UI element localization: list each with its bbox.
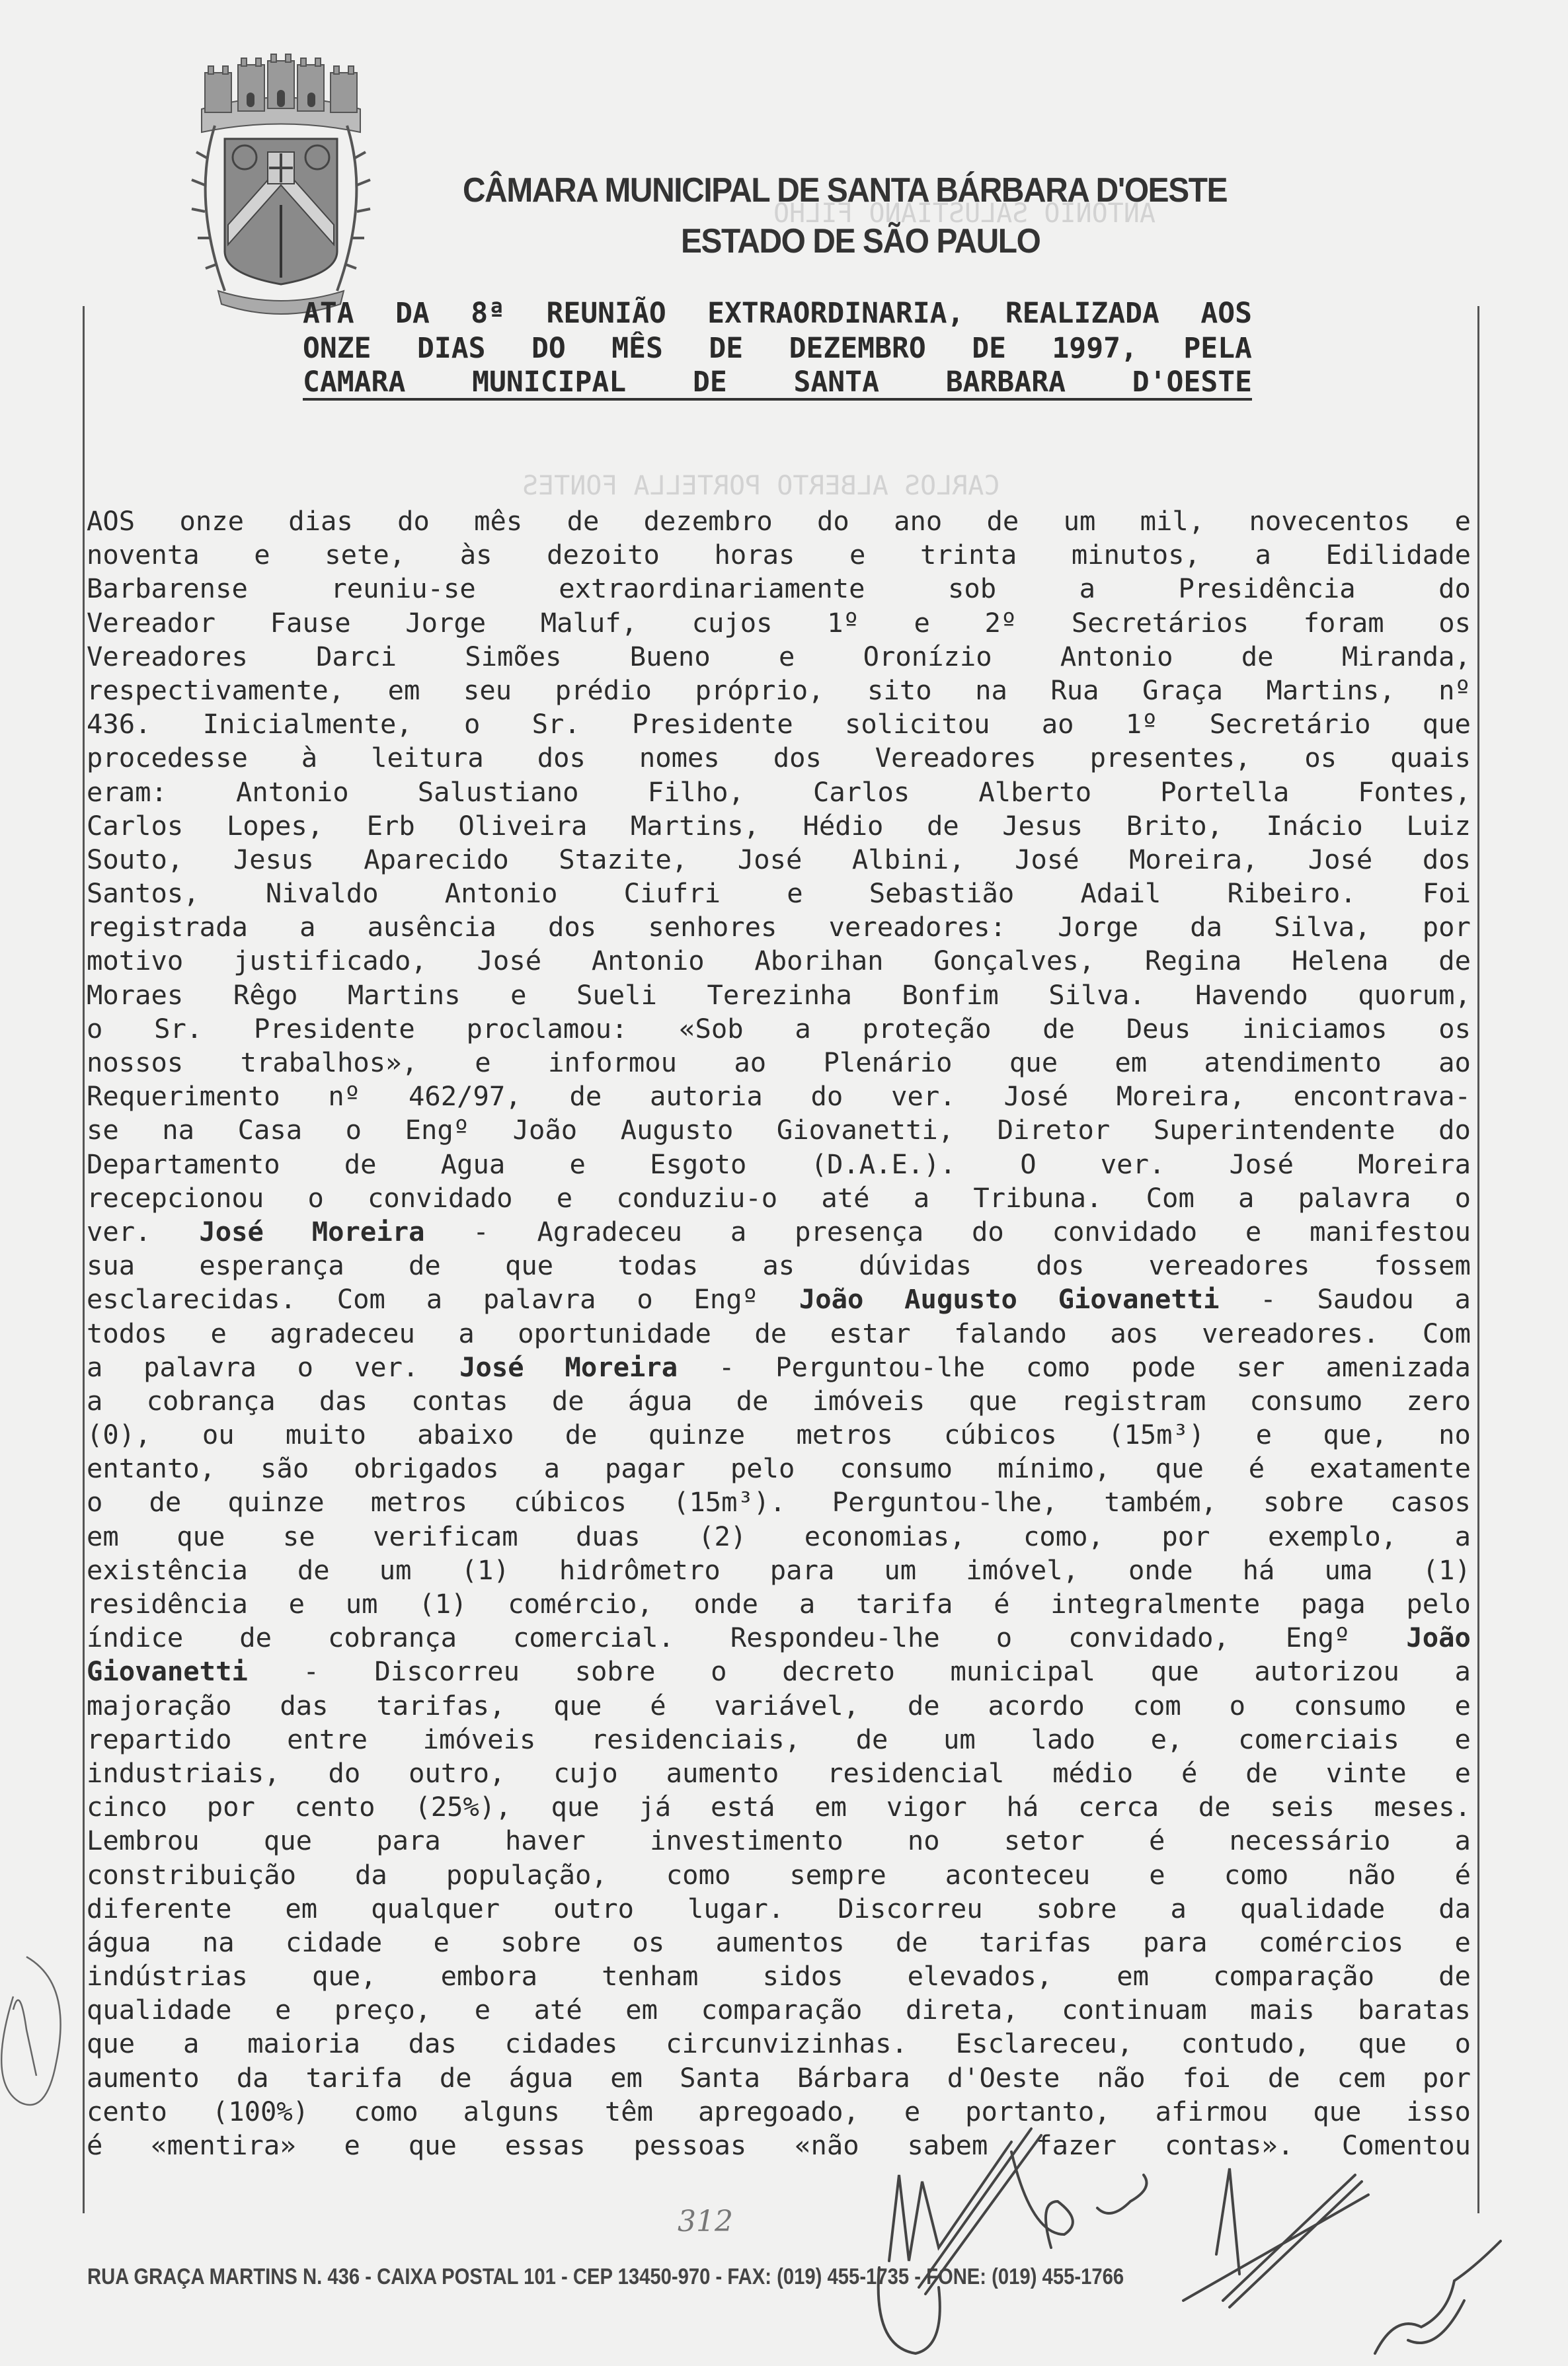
word: para xyxy=(770,1554,835,1587)
title-word: ATA xyxy=(303,296,354,331)
word: de xyxy=(987,504,1019,538)
minutes-body: AOSonzediasdomêsdedezembrodoanodeummil,n… xyxy=(87,504,1471,2162)
word: abaixo xyxy=(417,1418,514,1452)
word: de xyxy=(1245,1756,1278,1790)
word: que xyxy=(264,1824,312,1858)
title-word: DE xyxy=(693,366,727,398)
word: ver. xyxy=(354,1351,419,1384)
word: prédio xyxy=(555,674,652,707)
word: de xyxy=(1198,1790,1231,1824)
word: minutos, xyxy=(1072,538,1200,572)
word: se xyxy=(87,1113,119,1147)
word: vereadores. xyxy=(1202,1317,1379,1351)
word: palavra xyxy=(1298,1181,1411,1215)
title-word: REUNIÃO xyxy=(547,296,666,331)
word: comparação xyxy=(1213,1959,1374,1993)
word: Santos, xyxy=(87,877,200,910)
word: Carlos xyxy=(813,775,910,809)
word: Secretário xyxy=(1210,707,1371,741)
word: Bueno xyxy=(630,640,711,674)
title-line: ONZEDIASDOMÊSDEDEZEMBRODE1997,PELA xyxy=(303,331,1252,366)
word: O xyxy=(1020,1148,1036,1181)
word: casos xyxy=(1390,1485,1471,1519)
word: afirmou xyxy=(1156,2095,1269,2129)
word: que xyxy=(1009,1046,1058,1080)
letterhead-footer-address: RUA GRAÇA MARTINS N. 436 - CAIXA POSTAL … xyxy=(87,2264,1124,2290)
word: na xyxy=(202,1926,235,1959)
word: da xyxy=(355,1858,387,1892)
word: a xyxy=(914,1181,929,1215)
word: os xyxy=(1304,741,1337,775)
word: as xyxy=(762,1249,795,1282)
word: uma xyxy=(1325,1554,1373,1587)
word: (1) xyxy=(1423,1554,1471,1587)
word: vigor xyxy=(886,1790,967,1824)
word: Bonfim xyxy=(902,978,998,1012)
word: convidado xyxy=(368,1181,512,1215)
word: direta, xyxy=(906,1993,1019,2027)
word: cidades xyxy=(505,2027,618,2061)
word: em xyxy=(1117,1959,1149,1993)
word: entre xyxy=(287,1723,368,1756)
text-line: acobrançadascontasdeáguadeimóveisqueregi… xyxy=(87,1384,1471,1418)
title-word: D'OESTE xyxy=(1132,366,1252,398)
word: Augusto xyxy=(904,1282,1017,1316)
title-word: REALIZADA xyxy=(1005,296,1159,331)
word: registram xyxy=(1061,1384,1206,1418)
word: atendimento xyxy=(1204,1046,1382,1080)
word: por xyxy=(1423,910,1471,944)
word: e xyxy=(344,2129,360,2162)
text-line: procedesseàleituradosnomesdosVereadoresp… xyxy=(87,741,1471,775)
word: foi xyxy=(1183,2061,1231,2095)
word: quorum, xyxy=(1358,978,1471,1012)
word: (2) xyxy=(698,1520,746,1554)
word: Ciufri xyxy=(624,877,721,910)
word: ao xyxy=(1042,707,1074,741)
word: fazer xyxy=(1036,2129,1117,2162)
word: cento xyxy=(87,2095,167,2129)
word: aconteceu xyxy=(945,1858,1090,1892)
text-line: eram:AntonioSalustianoFilho,CarlosAlbert… xyxy=(87,775,1471,809)
word: comercial. xyxy=(513,1621,674,1655)
word: preço, xyxy=(334,1993,431,2027)
word: do xyxy=(1438,1113,1471,1147)
word: imóveis xyxy=(423,1723,536,1756)
text-line: cincoporcento(25%),quejáestáemvigorhácer… xyxy=(87,1790,1471,1824)
word: tenham xyxy=(602,1959,698,1993)
word: mês xyxy=(474,504,522,538)
word: é xyxy=(1149,1824,1165,1858)
word: ou xyxy=(202,1418,235,1452)
word: cerca xyxy=(1078,1790,1159,1824)
word: por xyxy=(1161,1520,1210,1554)
text-line: constribuiçãodapopulação,comosempreacont… xyxy=(87,1858,1471,1892)
word: Giovanetti xyxy=(87,1655,248,1688)
word: mais xyxy=(1250,1993,1315,2027)
word: em xyxy=(388,674,420,707)
word: a xyxy=(1455,1655,1471,1688)
title-line: CAMARAMUNICIPALDESANTABARBARAD'OESTE xyxy=(303,366,1252,401)
word: a xyxy=(87,1351,102,1384)
word: dezoito xyxy=(547,538,660,572)
word: Rêgo xyxy=(233,978,298,1012)
word: Simões xyxy=(465,640,561,674)
word: seu xyxy=(463,674,512,707)
word: Moreira xyxy=(312,1215,425,1249)
word: também, xyxy=(1104,1485,1217,1519)
word: o xyxy=(87,1485,102,1519)
word: Engº xyxy=(405,1113,470,1147)
word: manifestou xyxy=(1310,1215,1471,1249)
text-line: motivojustificado,JoséAntonioAborihanGon… xyxy=(87,944,1471,978)
word: que xyxy=(409,2129,457,2162)
word: pode xyxy=(1131,1351,1196,1384)
word: já xyxy=(639,1790,671,1824)
word: trinta xyxy=(920,538,1017,572)
word: com xyxy=(1133,1689,1181,1723)
word: Terezinha xyxy=(707,978,851,1012)
word: o xyxy=(346,1113,362,1147)
word: comércios xyxy=(1259,1926,1403,1959)
word: médio xyxy=(1052,1756,1133,1790)
word: do xyxy=(1438,572,1471,606)
word: Havendo xyxy=(1195,978,1308,1012)
word: majoração xyxy=(87,1689,231,1723)
word: quinze xyxy=(227,1485,324,1519)
word: Agua xyxy=(441,1148,506,1181)
word: Diretor xyxy=(998,1113,1111,1147)
word: encontrava- xyxy=(1294,1080,1471,1113)
word: Erb xyxy=(367,809,415,843)
word: Adail xyxy=(1080,877,1161,910)
word: Foi xyxy=(1423,877,1471,910)
word: de xyxy=(1268,2061,1300,2095)
word: à xyxy=(301,741,317,775)
word: 462/97, xyxy=(409,1080,522,1113)
word: João xyxy=(1406,1621,1471,1655)
word: por xyxy=(207,1790,255,1824)
word: cinco xyxy=(87,1790,167,1824)
bleed-through-text: ANTONIO SALUSTIANO FILHO xyxy=(773,198,1156,229)
word: Vereador xyxy=(87,606,216,640)
word: a xyxy=(1079,572,1095,606)
word: que xyxy=(1151,1655,1199,1688)
word: e, xyxy=(1151,1723,1183,1756)
word: outro, xyxy=(409,1756,505,1790)
word: (15m³) xyxy=(1108,1418,1204,1452)
word: mil, xyxy=(1140,504,1205,538)
text-line: residênciaeum(1)comércio,ondeatarifaéint… xyxy=(87,1587,1471,1621)
word: acordo xyxy=(988,1689,1084,1723)
word: oportunidade xyxy=(518,1317,711,1351)
word: ano xyxy=(894,504,942,538)
word: são xyxy=(260,1452,309,1485)
word: onde xyxy=(694,1587,759,1621)
text-line: nossostrabalhos»,einformouaoPlenárioquee… xyxy=(87,1046,1471,1080)
word: ser xyxy=(1237,1351,1285,1384)
text-line: recepcionouoconvidadoeconduziu-oatéaTrib… xyxy=(87,1181,1471,1215)
word: há xyxy=(1243,1554,1275,1587)
word: isso xyxy=(1406,2095,1471,2129)
word: Silva. xyxy=(1048,978,1145,1012)
word: a xyxy=(730,1215,746,1249)
word: qualquer xyxy=(371,1892,500,1926)
word: um xyxy=(346,1587,378,1621)
word: hidrômetro xyxy=(559,1554,721,1587)
word: duas xyxy=(576,1520,641,1554)
text-line: industriais,dooutro,cujoaumentoresidenci… xyxy=(87,1756,1471,1790)
word: 436. xyxy=(87,707,151,741)
word: aumentos xyxy=(716,1926,845,1959)
word: Alberto xyxy=(978,775,1091,809)
word: Respondeu-lhe xyxy=(730,1621,940,1655)
word: a xyxy=(799,1587,815,1621)
word: falando xyxy=(954,1317,1067,1351)
word: é xyxy=(1181,1756,1197,1790)
word: no xyxy=(908,1824,940,1858)
word: e xyxy=(475,1993,490,2027)
word: de xyxy=(567,504,600,538)
word: de xyxy=(1241,640,1274,674)
word: e xyxy=(434,1926,450,1959)
word: nº xyxy=(328,1080,360,1113)
word: Antonio xyxy=(236,775,349,809)
word: Gonçalves, xyxy=(933,944,1095,978)
word: água xyxy=(509,2061,574,2095)
word: 1º xyxy=(1126,707,1158,741)
text-line: CarlosLopes,ErbOliveiraMartins,HédiodeJe… xyxy=(87,809,1471,843)
text-line: respectivamente,emseuprédiopróprio,siton… xyxy=(87,674,1471,707)
word: Portella xyxy=(1160,775,1289,809)
word: Perguntou-lhe xyxy=(775,1351,985,1384)
word: contas». xyxy=(1165,2129,1294,2162)
word: das xyxy=(409,2027,457,2061)
word: maioria xyxy=(247,2027,360,2061)
word: nº xyxy=(1438,674,1471,707)
title-word: 8ª xyxy=(471,296,505,331)
word: obrigados xyxy=(354,1452,498,1485)
word: (1) xyxy=(418,1587,467,1621)
word: fossem xyxy=(1374,1249,1471,1282)
word: cúbicos xyxy=(944,1418,1057,1452)
bleed-through-text: CARLOS ALBERTO PORTELLA FONTES xyxy=(522,471,1000,501)
word: paga xyxy=(1301,1587,1366,1621)
word: o xyxy=(464,707,480,741)
word: Tribuna. xyxy=(973,1181,1102,1215)
word: Nivaldo xyxy=(266,877,379,910)
word: repartido xyxy=(87,1723,231,1756)
title-word: EXTRAORDINARIA, xyxy=(707,296,964,331)
word: Presidente xyxy=(632,707,793,741)
word: cúbicos xyxy=(514,1485,627,1519)
word: foram xyxy=(1304,606,1384,640)
word: e xyxy=(914,606,930,640)
word: do xyxy=(817,504,849,538)
text-line: suaesperançadequetodasasdúvidasdosveread… xyxy=(87,1249,1471,1282)
minutes-title: ATADA8ªREUNIÃOEXTRAORDINARIA,REALIZADAAO… xyxy=(303,296,1252,401)
word: (D.A.E.). xyxy=(811,1148,956,1181)
word: Silva, xyxy=(1274,910,1370,944)
word: e xyxy=(849,538,865,572)
word: de xyxy=(297,1554,330,1587)
word: que xyxy=(1156,1452,1204,1485)
word: tarifas, xyxy=(376,1689,505,1723)
word: aumento xyxy=(87,2061,200,2095)
word: dias xyxy=(288,504,353,538)
word: que, xyxy=(1323,1418,1388,1452)
word: Com xyxy=(1423,1317,1471,1351)
word: sob xyxy=(948,572,996,606)
word: Santa xyxy=(680,2061,760,2095)
word: em xyxy=(814,1790,847,1824)
text-line: senaCasaoEngºJoãoAugustoGiovanetti,Diret… xyxy=(87,1113,1471,1147)
text-line: águanacidadeesobreosaumentosdetarifaspar… xyxy=(87,1926,1471,1959)
word: que xyxy=(505,1249,553,1282)
word: - xyxy=(719,1351,734,1384)
text-line: diferenteemqualqueroutrolugar.Discorreus… xyxy=(87,1892,1471,1926)
word: eram: xyxy=(87,775,167,809)
word: Deus xyxy=(1126,1012,1191,1046)
word: Filho, xyxy=(648,775,744,809)
word: investimento xyxy=(650,1824,843,1858)
text-line: 436.Inicialmente,oSr.Presidentesolicitou… xyxy=(87,707,1471,741)
word: apregoado, xyxy=(698,2095,859,2129)
word: o xyxy=(637,1282,652,1316)
word: não xyxy=(1097,2061,1145,2095)
word: sobre xyxy=(500,1926,581,1959)
word: por xyxy=(1423,2061,1471,2095)
word: que xyxy=(87,2027,135,2061)
word: senhores xyxy=(648,910,777,944)
word: Perguntou-lhe, xyxy=(832,1485,1058,1519)
word: José xyxy=(1230,1148,1294,1181)
word: dos xyxy=(1423,843,1471,877)
word: alguns xyxy=(463,2095,560,2129)
word: têm xyxy=(605,2095,653,2129)
text-line: noventaesete,àsdezoitohorasetrintaminuto… xyxy=(87,538,1471,572)
word: sete, xyxy=(325,538,405,572)
text-line: esclarecidas.ComapalavraoEngºJoãoAugusto… xyxy=(87,1282,1471,1316)
word: como xyxy=(1224,1858,1289,1892)
word: se xyxy=(283,1520,315,1554)
title-word: DE xyxy=(972,331,1006,366)
title-word: MÊS xyxy=(611,331,663,366)
word: Jesus xyxy=(1002,809,1083,843)
margin-rule-left xyxy=(83,306,85,2213)
text-line: DepartamentodeAguaeEsgoto(D.A.E.).Over.J… xyxy=(87,1148,1471,1181)
word: palavra xyxy=(483,1282,596,1316)
word: informou xyxy=(548,1046,677,1080)
word: um xyxy=(943,1723,976,1756)
word: metros xyxy=(796,1418,892,1452)
text-line: apalavraover.JoséMoreira-Perguntou-lheco… xyxy=(87,1351,1471,1384)
text-line: VereadoresDarciSimõesBuenoeOronízioAnton… xyxy=(87,640,1471,674)
word: em xyxy=(285,1892,317,1926)
title-word: ONZE xyxy=(303,331,372,366)
word: de xyxy=(1438,944,1471,978)
word: dúvidas xyxy=(859,1249,972,1282)
word: seis xyxy=(1270,1790,1335,1824)
word: de xyxy=(409,1249,441,1282)
word: convidado xyxy=(1052,1215,1197,1249)
word: tarifa xyxy=(306,2061,403,2095)
word: Moreira, xyxy=(1117,1080,1245,1113)
word: e xyxy=(475,1046,490,1080)
word: é xyxy=(994,1587,1009,1621)
word: circunvizinhas. xyxy=(666,2027,908,2061)
word: nossos xyxy=(87,1046,183,1080)
word: embora xyxy=(441,1959,537,1993)
word: existência xyxy=(87,1554,248,1587)
word: Moreira xyxy=(565,1351,678,1384)
word: haver xyxy=(505,1824,586,1858)
word: o xyxy=(711,1655,726,1688)
word: água xyxy=(628,1384,693,1418)
word: Carlos xyxy=(87,809,183,843)
text-line: queamaioriadascidadescircunvizinhas.Escl… xyxy=(87,2027,1471,2061)
word: é xyxy=(87,2129,102,2162)
word: zero xyxy=(1406,1384,1471,1418)
word: Comentou xyxy=(1342,2129,1471,2162)
title-word: DE xyxy=(709,331,743,366)
word: Augusto xyxy=(621,1113,734,1147)
word: do xyxy=(328,1756,360,1790)
word: Giovanetti xyxy=(1058,1282,1220,1316)
word: que xyxy=(553,1689,602,1723)
word: não xyxy=(1347,1858,1395,1892)
word: há xyxy=(1007,1790,1039,1824)
text-line: é«mentira»equeessaspessoas«nãosabemfazer… xyxy=(87,2129,1471,2162)
word: municipal xyxy=(951,1655,1095,1688)
word: Hédio xyxy=(803,809,884,843)
word: Com xyxy=(337,1282,385,1316)
handwritten-page-number: 312 xyxy=(678,2205,733,2238)
word: muito xyxy=(286,1418,366,1452)
word: extraordinariamente xyxy=(559,572,865,606)
word: e xyxy=(289,1587,305,1621)
word: em xyxy=(87,1520,119,1554)
word: Luiz xyxy=(1406,809,1471,843)
word: procedesse xyxy=(87,741,248,775)
text-line: entanto,sãoobrigadosapagarpeloconsumomín… xyxy=(87,1452,1471,1485)
word: que xyxy=(1358,2027,1407,2061)
word: outro xyxy=(553,1892,634,1926)
word: cidade xyxy=(286,1926,382,1959)
word: pagar xyxy=(605,1452,686,1485)
word: dos xyxy=(548,910,596,944)
word: José xyxy=(199,1215,264,1249)
word: metros xyxy=(371,1485,467,1519)
word: Secretários xyxy=(1072,606,1249,640)
word: qualidade xyxy=(87,1993,231,2027)
word: no xyxy=(1438,1418,1471,1452)
text-line: qualidadeepreço,eatéemcomparaçãodireta,c… xyxy=(87,1993,1471,2027)
word: sempre xyxy=(789,1858,886,1892)
word: Vereadores xyxy=(87,640,248,674)
word: de xyxy=(927,809,959,843)
word: do xyxy=(811,1080,843,1113)
word: e xyxy=(1245,1215,1261,1249)
text-line: oSr.Presidenteproclamou:«SobaproteçãodeD… xyxy=(87,1012,1471,1046)
word: respectivamente, xyxy=(87,674,344,707)
word: tarifas xyxy=(979,1926,1092,1959)
word: os xyxy=(1438,1012,1471,1046)
word: como, xyxy=(1023,1520,1104,1554)
text-line: cento(100%)comoalgunstêmapregoado,eporta… xyxy=(87,2095,1471,2129)
word: comparação xyxy=(701,1993,863,2027)
word: presentes, xyxy=(1090,741,1251,775)
